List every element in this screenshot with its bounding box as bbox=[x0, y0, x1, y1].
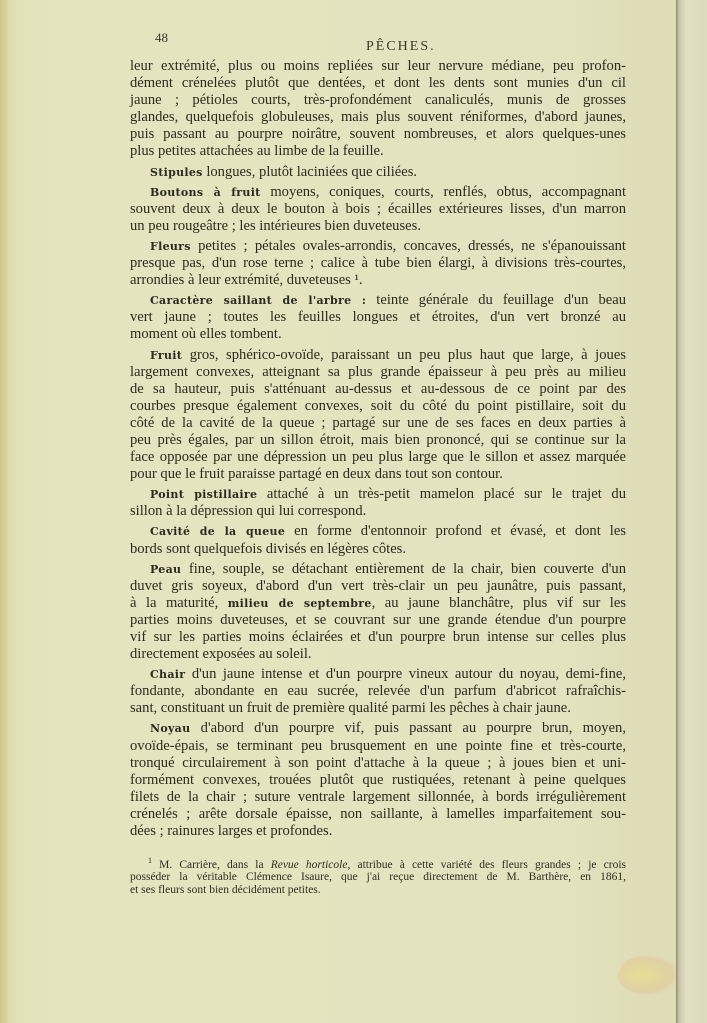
text-run: petites ; pétales ovales-arrondis, conca… bbox=[191, 238, 626, 254]
text-line: un peu rougeâtre ; les intérieures bien … bbox=[130, 218, 626, 235]
text-run: moyens, coniques, courts, renflés, obtus… bbox=[261, 184, 626, 200]
paragraph-fruit: Fruit gros, sphérico-ovoïde, paraissant … bbox=[130, 347, 626, 484]
text-line: Peau fine, souple, se détachant entièrem… bbox=[130, 561, 626, 578]
text-line: parties moins duveteuses, et se couvrant… bbox=[130, 612, 626, 629]
section-lead: Stipules bbox=[150, 166, 203, 179]
paragraph-cavite: Cavité de la queue en forme d'entonnoir … bbox=[130, 523, 626, 557]
text-line: courbes presque également convexes, soit… bbox=[130, 398, 626, 415]
page-header: 48 PÊCHES. bbox=[130, 30, 626, 58]
text-line: dées ; rainures larges et profondes. bbox=[130, 823, 626, 840]
journal-title: Revue horticole, bbox=[271, 859, 351, 871]
text-line: jaune ; pétioles courts, très-profondéme… bbox=[130, 92, 626, 109]
text-line: Stipules longues, plutôt laciniées que c… bbox=[130, 164, 626, 181]
text-line: presque pas, d'un rose terne ; calice à … bbox=[130, 255, 626, 272]
paragraph-boutons: Boutons à fruit moyens, coniques, courts… bbox=[130, 184, 626, 235]
section-lead: Caractère saillant de l'arbre : bbox=[150, 294, 366, 307]
text-run: , au jaune blanchâtre, plus vif sur les bbox=[372, 595, 626, 611]
text-line: moment où elles tombent. bbox=[130, 326, 626, 343]
text-line: directement exposées au soleil. bbox=[130, 646, 626, 663]
text-line: Point pistillaire attaché à un très-peti… bbox=[130, 486, 626, 503]
body-text: leur extrémité, plus ou moins repliées s… bbox=[130, 58, 626, 840]
section-lead: Fleurs bbox=[150, 240, 191, 253]
text-run: gros, sphérico-ovoïde, paraissant un peu… bbox=[182, 347, 626, 363]
paragraph-fleurs: Fleurs petites ; pétales ovales-arrondis… bbox=[130, 238, 626, 289]
text-line: Noyau d'abord d'un pourpre vif, puis pas… bbox=[130, 720, 626, 737]
footnote-line: posséder la véritable Clémence Isaure, q… bbox=[130, 871, 626, 884]
book-gutter bbox=[676, 0, 707, 1023]
text-line: tronqué circulairement à son point d'att… bbox=[130, 755, 626, 772]
text-run: teinte générale du feuillage d'un beau bbox=[366, 292, 626, 308]
text-line: bords sont quelquefois divisés en légère… bbox=[130, 541, 626, 558]
text-run: M. Carrière, dans la bbox=[152, 859, 271, 871]
text-line: plus petites attachées au limbe de la fe… bbox=[130, 143, 626, 160]
text-line: largement convexes, atteignant sa plus g… bbox=[130, 364, 626, 381]
text-line: leur extrémité, plus ou moins repliées s… bbox=[130, 58, 626, 75]
paragraph-noyau: Noyau d'abord d'un pourpre vif, puis pas… bbox=[130, 720, 626, 840]
footnote: 1 M. Carrière, dans la Revue horticole, … bbox=[130, 855, 626, 896]
text-line: Fleurs petites ; pétales ovales-arrondis… bbox=[130, 238, 626, 255]
text-run: d'un jaune intense et d'un pourpre vineu… bbox=[185, 666, 626, 682]
section-lead: Peau bbox=[150, 563, 181, 576]
text-run: attaché à un très-petit mamelon placé su… bbox=[257, 486, 626, 502]
footnote-line: et ses fleurs sont bien décidément petit… bbox=[130, 884, 626, 897]
page-number: 48 bbox=[155, 30, 168, 46]
text-run: à la maturité, bbox=[130, 595, 228, 611]
running-title: PÊCHES. bbox=[366, 39, 436, 55]
text-line: Fruit gros, sphérico-ovoïde, paraissant … bbox=[130, 347, 626, 364]
text-line: puis passant au pourpre noirâtre, souven… bbox=[130, 126, 626, 143]
paragraph-leaf-continuation: leur extrémité, plus ou moins repliées s… bbox=[130, 58, 626, 161]
page-stain bbox=[618, 955, 678, 995]
text-line: Chair d'un jaune intense et d'un pourpre… bbox=[130, 666, 626, 683]
section-lead: Point pistillaire bbox=[150, 488, 257, 501]
text-line: Boutons à fruit moyens, coniques, courts… bbox=[130, 184, 626, 201]
paragraph-chair: Chair d'un jaune intense et d'un pourpre… bbox=[130, 666, 626, 717]
text-line: face opposée par une dépression un peu p… bbox=[130, 449, 626, 466]
text-run: attribue à cette variété des fleurs gran… bbox=[350, 859, 626, 871]
paragraph-point-pistillaire: Point pistillaire attaché à un très-peti… bbox=[130, 486, 626, 520]
text-line: de sa hauteur, puis s'atténuant au-dessu… bbox=[130, 381, 626, 398]
text-line: ovoïde-épais, se terminant peu brusqueme… bbox=[130, 738, 626, 755]
text-line: fondante, abondante en eau sucrée, relev… bbox=[130, 683, 626, 700]
text-line: peu près égales, par un sillon étroit, m… bbox=[130, 432, 626, 449]
text-line: Caractère saillant de l'arbre : teinte g… bbox=[130, 292, 626, 309]
text-line: dément crénelées plutôt que dentées, et … bbox=[130, 75, 626, 92]
page-content: 48 PÊCHES. leur extrémité, plus ou moins… bbox=[130, 30, 626, 843]
section-lead: Chair bbox=[150, 668, 185, 681]
text-line: crénelés ; arête dorsale épaisse, non sa… bbox=[130, 806, 626, 823]
page-left-edge bbox=[0, 0, 8, 1023]
text-line: sant, constituant un fruit de première q… bbox=[130, 700, 626, 717]
text-line: formément convexes, trouées plutôt que r… bbox=[130, 772, 626, 789]
harvest-time: milieu de septembre bbox=[228, 597, 372, 610]
text-line: vif sur les parties moins éclairées et d… bbox=[130, 629, 626, 646]
text-line: à la maturité, milieu de septembre, au j… bbox=[130, 595, 626, 612]
paragraph-peau: Peau fine, souple, se détachant entièrem… bbox=[130, 561, 626, 664]
text-line: arrondies à leur extrémité, duveteuses ¹… bbox=[130, 272, 626, 289]
text-line: vert jaune ; toutes les feuilles longues… bbox=[130, 309, 626, 326]
section-lead: Noyau bbox=[150, 722, 190, 735]
text-line: sillon à la dépression qui lui correspon… bbox=[130, 503, 626, 520]
text-line: glandes, quelquefois globuleuses, mais p… bbox=[130, 109, 626, 126]
paragraph-stipules: Stipules longues, plutôt laciniées que c… bbox=[130, 164, 626, 181]
text-line: Cavité de la queue en forme d'entonnoir … bbox=[130, 523, 626, 540]
section-lead: Cavité de la queue bbox=[150, 525, 285, 538]
text-line: filets de la chair ; suture ventrale lar… bbox=[130, 789, 626, 806]
scanned-page: 48 PÊCHES. leur extrémité, plus ou moins… bbox=[0, 0, 707, 1023]
text-line: pour que le fruit paraisse partagé en de… bbox=[130, 466, 626, 483]
text-run: en forme d'entonnoir profond et évasé, e… bbox=[285, 523, 626, 539]
section-lead: Boutons à fruit bbox=[150, 186, 261, 199]
section-lead: Fruit bbox=[150, 349, 182, 362]
paragraph-caractere: Caractère saillant de l'arbre : teinte g… bbox=[130, 292, 626, 343]
text-run: d'abord d'un pourpre vif, puis passant a… bbox=[190, 720, 626, 736]
footnote-line: 1 M. Carrière, dans la Revue horticole, … bbox=[130, 855, 626, 871]
text-run: longues, plutôt laciniées que ciliées. bbox=[203, 164, 417, 180]
text-run: fine, souple, se détachant entièrement d… bbox=[181, 561, 626, 577]
text-line: duvet gris soyeux, d'abord d'un vert trè… bbox=[130, 578, 626, 595]
text-line: côté de la cavité de la queue ; partagé … bbox=[130, 415, 626, 432]
text-line: souvent deux à deux le bouton à bois ; é… bbox=[130, 201, 626, 218]
